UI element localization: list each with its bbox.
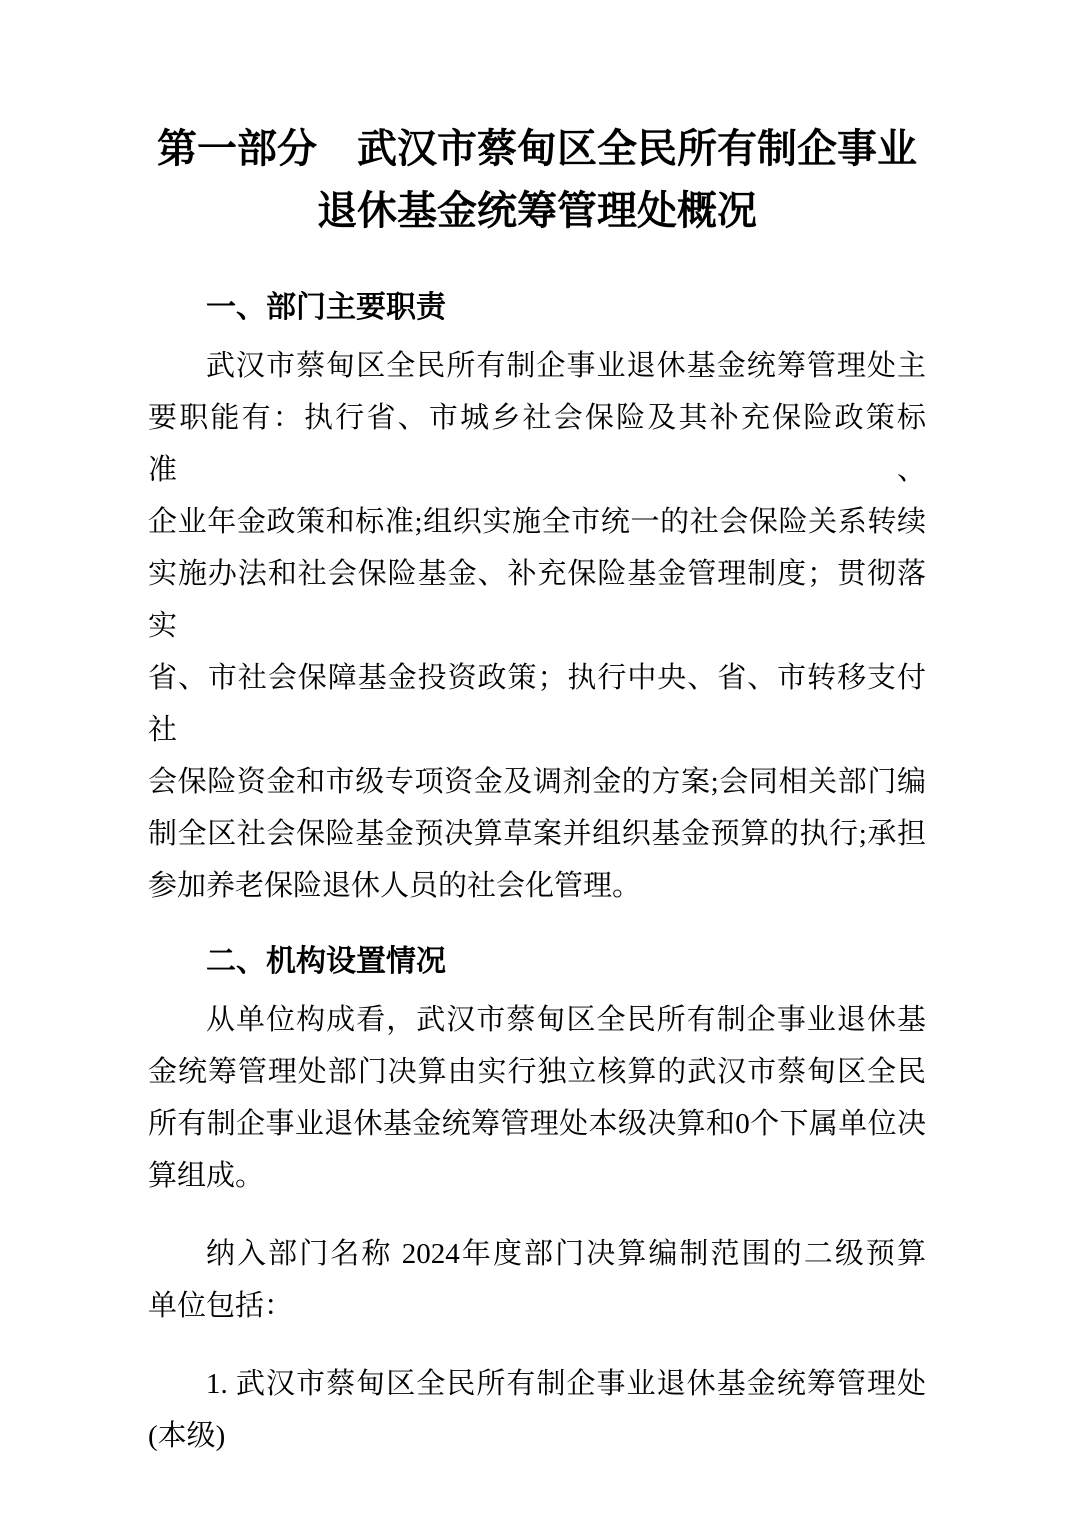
text-line: 企业年金政策和标准;组织实施全市统一的社会保险关系转续 — [148, 496, 926, 548]
section-2-paragraph-3: 1. 武汉市蔡甸区全民所有制企事业退休基金统筹管理处(本级) — [148, 1358, 926, 1462]
text-line: 算组成。 — [148, 1150, 926, 1202]
text-line: 金统筹管理处部门决算由实行独立核算的武汉市蔡甸区全民 — [148, 1046, 926, 1098]
document-page: 第一部分 武汉市蔡甸区全民所有制企事业 退休基金统筹管理处概况 一、部门主要职责… — [0, 0, 1074, 1520]
text-line: 1. 武汉市蔡甸区全民所有制企事业退休基金统筹管理处 — [148, 1358, 926, 1410]
document-content: 第一部分 武汉市蔡甸区全民所有制企事业 退休基金统筹管理处概况 一、部门主要职责… — [148, 118, 926, 1462]
text-line: (本级) — [148, 1410, 926, 1462]
document-title-line-2: 退休基金统筹管理处概况 — [148, 180, 926, 242]
text-line: 要职能有：执行省、市城乡社会保险及其补充保险政策标准、 — [148, 392, 926, 496]
text-line: 省、市社会保障基金投资政策；执行中央、省、市转移支付社 — [148, 652, 926, 756]
document-title: 第一部分 武汉市蔡甸区全民所有制企事业 退休基金统筹管理处概况 — [148, 118, 926, 242]
text-line: 参加养老保险退休人员的社会化管理。 — [148, 860, 926, 912]
text-line: 从单位构成看，武汉市蔡甸区全民所有制企事业退休基 — [148, 994, 926, 1046]
section-1-paragraph: 武汉市蔡甸区全民所有制企事业退休基金统筹管理处主要职能有：执行省、市城乡社会保险… — [148, 340, 926, 912]
section-2-heading: 二、机构设置情况 — [148, 936, 926, 988]
text-line: 所有制企事业退休基金统筹管理处本级决算和0个下属单位决 — [148, 1098, 926, 1150]
document-title-line-1: 第一部分 武汉市蔡甸区全民所有制企事业 — [148, 118, 926, 180]
section-2-paragraph-1: 从单位构成看，武汉市蔡甸区全民所有制企事业退休基金统筹管理处部门决算由实行独立核… — [148, 994, 926, 1202]
section-2-paragraph-2: 纳入部门名称 2024年度部门决算编制范围的二级预算单位包括： — [148, 1228, 926, 1332]
text-line: 实施办法和社会保险基金、补充保险基金管理制度；贯彻落实 — [148, 548, 926, 652]
text-line: 制全区社会保险基金预决算草案并组织基金预算的执行;承担 — [148, 808, 926, 860]
section-1-heading: 一、部门主要职责 — [148, 282, 926, 334]
text-line: 武汉市蔡甸区全民所有制企事业退休基金统筹管理处主 — [148, 340, 926, 392]
text-line: 会保险资金和市级专项资金及调剂金的方案;会同相关部门编 — [148, 756, 926, 808]
text-line: 纳入部门名称 2024年度部门决算编制范围的二级预算 — [148, 1228, 926, 1280]
text-line: 单位包括： — [148, 1280, 926, 1332]
